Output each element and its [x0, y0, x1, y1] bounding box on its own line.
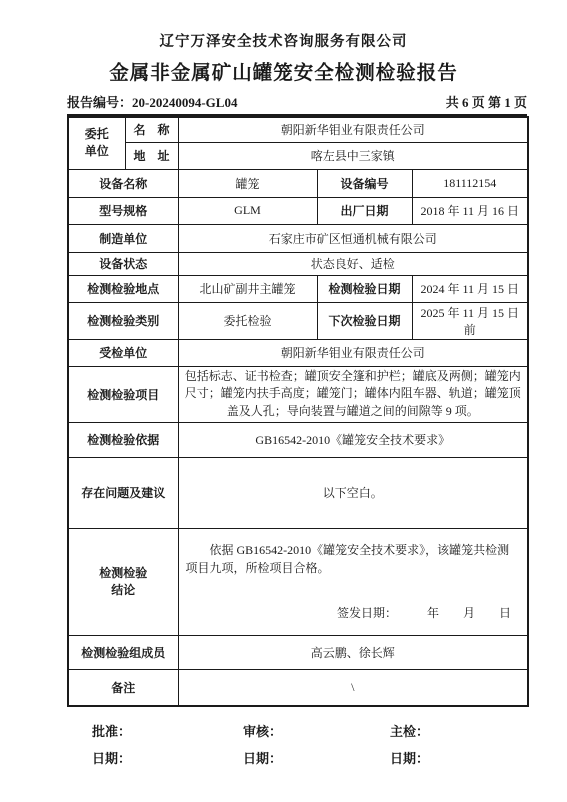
model-value: GLM	[178, 197, 317, 224]
problems-label: 存在问题及建议	[68, 457, 178, 528]
device-status-label: 设备状态	[68, 252, 178, 275]
chief-label: 主检：	[390, 721, 429, 740]
review-date-label: 日期：	[243, 748, 282, 767]
device-status-value: 状态良好、适检	[178, 252, 528, 275]
remarks-label: 备注	[68, 669, 178, 706]
report-number-label: 报告编号：	[67, 95, 132, 110]
client-name-label: 名 称	[125, 117, 178, 142]
manufacturer-value: 石家庄市矿区恒通机械有限公司	[178, 224, 528, 252]
inspected-unit-label: 受检单位	[68, 339, 178, 366]
approve-label: 批准：	[92, 721, 131, 740]
device-no-label: 设备编号	[317, 169, 412, 197]
table-row: 地 址 喀左县中三家镇	[68, 142, 528, 169]
report-table: 委托 单位 名 称 朝阳新华钼业有限责任公司 地 址 喀左县中三家镇 设备名称 …	[67, 116, 529, 707]
client-name-value: 朝阳新华钼业有限责任公司	[178, 117, 528, 142]
table-row: 设备名称 罐笼 设备编号 181112154	[68, 169, 528, 197]
manufacturer-label: 制造单位	[68, 224, 178, 252]
team-label: 检测检验组成员	[68, 635, 178, 669]
table-row: 型号规格 GLM 出厂日期 2018 年 11 月 16 日	[68, 197, 528, 224]
manufacture-date-value: 2018 年 11 月 16 日	[412, 197, 528, 224]
table-row: 检测检验类别 委托检验 下次检验日期 2025 年 11 月 15 日前	[68, 302, 528, 339]
chief-date-label: 日期：	[390, 748, 429, 767]
table-row: 受检单位 朝阳新华钼业有限责任公司	[68, 339, 528, 366]
table-row: 制造单位 石家庄市矿区恒通机械有限公司	[68, 224, 528, 252]
inspection-date-label: 检测检验日期	[317, 275, 412, 302]
client-address-value: 喀左县中三家镇	[178, 142, 528, 169]
client-address-label: 地 址	[125, 142, 178, 169]
remarks-value: \	[178, 669, 528, 706]
report-title: 金属非金属矿山罐笼安全检测检验报告	[0, 57, 567, 85]
page-indicator: 共 6 页 第 1 页	[446, 92, 527, 111]
table-row: 备注 \	[68, 669, 528, 706]
report-page: 辽宁万泽安全技术咨询服务有限公司 金属非金属矿山罐笼安全检测检验报告 报告编号：…	[0, 0, 567, 802]
review-label: 审核：	[243, 721, 282, 740]
approve-date-label: 日期：	[92, 748, 131, 767]
sign-date-line: 签发日期： 年 月 日	[183, 604, 524, 633]
manufacture-date-label: 出厂日期	[317, 197, 412, 224]
report-number-row: 报告编号：20-20240094-GL04 共 6 页 第 1 页	[67, 92, 527, 116]
inspection-items-label: 检测检验项目	[68, 366, 178, 422]
inspection-type-value: 委托检验	[178, 302, 317, 339]
inspection-items-value: 包括标志、证书检查；罐顶安全篷和护栏；罐底及两侧；罐笼内尺寸；罐笼内扶手高度；罐…	[178, 366, 528, 422]
model-label: 型号规格	[68, 197, 178, 224]
inspection-place-label: 检测检验地点	[68, 275, 178, 302]
report-number: 报告编号：20-20240094-GL04	[67, 92, 237, 111]
conclusion-text: 依据 GB16542-2010《罐笼安全技术要求》，该罐笼共检测项目九项，所检项…	[183, 541, 524, 577]
table-row: 检测检验地点 北山矿副井主罐笼 检测检验日期 2024 年 11 月 15 日	[68, 275, 528, 302]
inspection-basis-value: GB16542-2010《罐笼安全技术要求》	[178, 422, 528, 457]
device-name-label: 设备名称	[68, 169, 178, 197]
inspection-place-value: 北山矿副井主罐笼	[178, 275, 317, 302]
table-row: 检测检验项目 包括标志、证书检查；罐顶安全篷和护栏；罐底及两侧；罐笼内尺寸；罐笼…	[68, 366, 528, 422]
device-no-value: 181112154	[412, 169, 528, 197]
inspection-basis-label: 检测检验依据	[68, 422, 178, 457]
table-row: 设备状态 状态良好、适检	[68, 252, 528, 275]
table-row: 委托 单位 名 称 朝阳新华钼业有限责任公司	[68, 117, 528, 142]
company-name: 辽宁万泽安全技术咨询服务有限公司	[0, 0, 567, 51]
team-value: 高云鹏、徐长辉	[178, 635, 528, 669]
device-name-value: 罐笼	[178, 169, 317, 197]
table-row: 检测检验组成员 高云鹏、徐长辉	[68, 635, 528, 669]
table-row: 检测检验依据 GB16542-2010《罐笼安全技术要求》	[68, 422, 528, 457]
conclusion-label: 检测检验 结论	[68, 528, 178, 635]
next-inspection-date-label: 下次检验日期	[317, 302, 412, 339]
problems-value: 以下空白。	[178, 457, 528, 528]
client-unit-label: 委托 单位	[68, 117, 125, 169]
inspected-unit-value: 朝阳新华钼业有限责任公司	[178, 339, 528, 366]
inspection-date-value: 2024 年 11 月 15 日	[412, 275, 528, 302]
inspection-type-label: 检测检验类别	[68, 302, 178, 339]
report-number-value: 20-20240094-GL04	[132, 95, 237, 110]
next-inspection-date-value: 2025 年 11 月 15 日前	[412, 302, 528, 339]
conclusion-cell: 依据 GB16542-2010《罐笼安全技术要求》，该罐笼共检测项目九项，所检项…	[178, 528, 528, 635]
table-row: 检测检验 结论 依据 GB16542-2010《罐笼安全技术要求》，该罐笼共检测…	[68, 528, 528, 635]
table-row: 存在问题及建议 以下空白。	[68, 457, 528, 528]
signature-footer: 批准： 审核： 主检： 日期： 日期： 日期：	[67, 707, 527, 777]
